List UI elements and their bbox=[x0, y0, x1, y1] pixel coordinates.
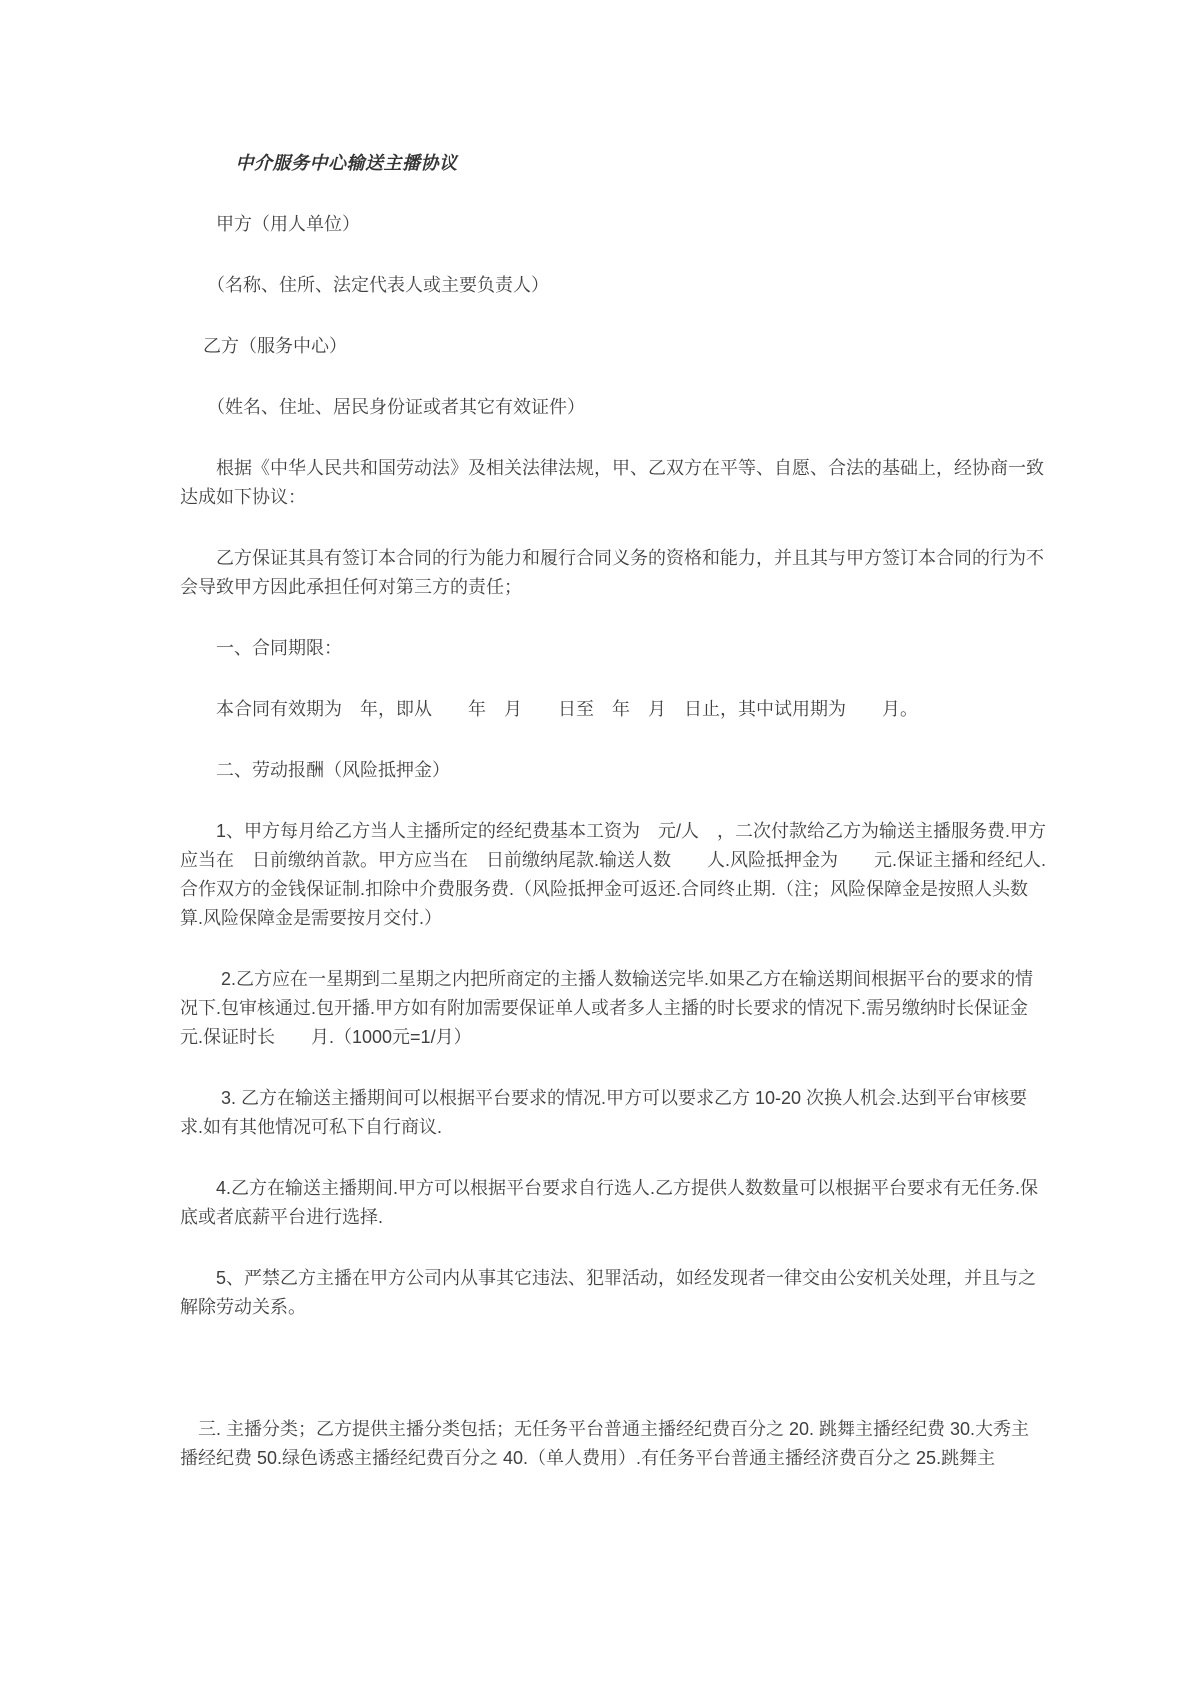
document-page: 中介服务中心输送主播协议 甲方（用人单位） （名称、住所、法定代表人或主要负责人… bbox=[0, 0, 1190, 1683]
preamble-paragraph: 根据《中华人民共和国劳动法》及相关法律法规，甲、乙双方在平等、自愿、合法的基础上… bbox=[180, 454, 1046, 512]
blank-line bbox=[180, 1354, 1046, 1383]
party-b-line: 乙方（服务中心） bbox=[180, 332, 1046, 361]
section-2-clause-1: 1、甲方每月给乙方当人主播所定的经纪费基本工资为 元/人 ，二次付款给乙方为输送… bbox=[180, 817, 1046, 933]
section-2-clause-5: 5、严禁乙方主播在甲方公司内从事其它违法、犯罪活动，如经发现者一律交由公安机关处… bbox=[180, 1264, 1046, 1322]
section-2-clause-2: 2.乙方应在一星期到二星期之内把所商定的主播人数输送完毕.如果乙方在输送期间根据… bbox=[180, 965, 1046, 1052]
guarantee-clause: 乙方保证其具有签订本合同的行为能力和履行合同义务的资格和能力，并且其与甲方签订本… bbox=[180, 544, 1046, 602]
party-a-description: （名称、住所、法定代表人或主要负责人） bbox=[180, 271, 1046, 300]
party-b-description: （姓名、住址、居民身份证或者其它有效证件） bbox=[180, 393, 1046, 422]
contract-document: 中介服务中心输送主播协议 甲方（用人单位） （名称、住所、法定代表人或主要负责人… bbox=[180, 149, 1046, 1505]
contract-term-clause: 本合同有效期为 年，即从 年 月 日至 年 月 日止，其中试用期为 月。 bbox=[180, 695, 1046, 724]
party-a-line: 甲方（用人单位） bbox=[180, 210, 1046, 239]
contract-title: 中介服务中心输送主播协议 bbox=[180, 149, 1046, 178]
section-2-clause-3: 3. 乙方在输送主播期间可以根据平台要求的情况.甲方可以要求乙方 10-20 次… bbox=[180, 1084, 1046, 1142]
section-3-anchor-categories-clause: 三. 主播分类；乙方提供主播分类包括；无任务平台普通主播经纪费百分之 20. 跳… bbox=[180, 1415, 1046, 1473]
section-2-clause-4: 4.乙方在输送主播期间.甲方可以根据平台要求自行选人.乙方提供人数数量可以根据平… bbox=[180, 1174, 1046, 1232]
section-1-heading: 一、合同期限： bbox=[180, 634, 1046, 663]
section-2-heading: 二、劳动报酬（风险抵押金） bbox=[180, 756, 1046, 785]
